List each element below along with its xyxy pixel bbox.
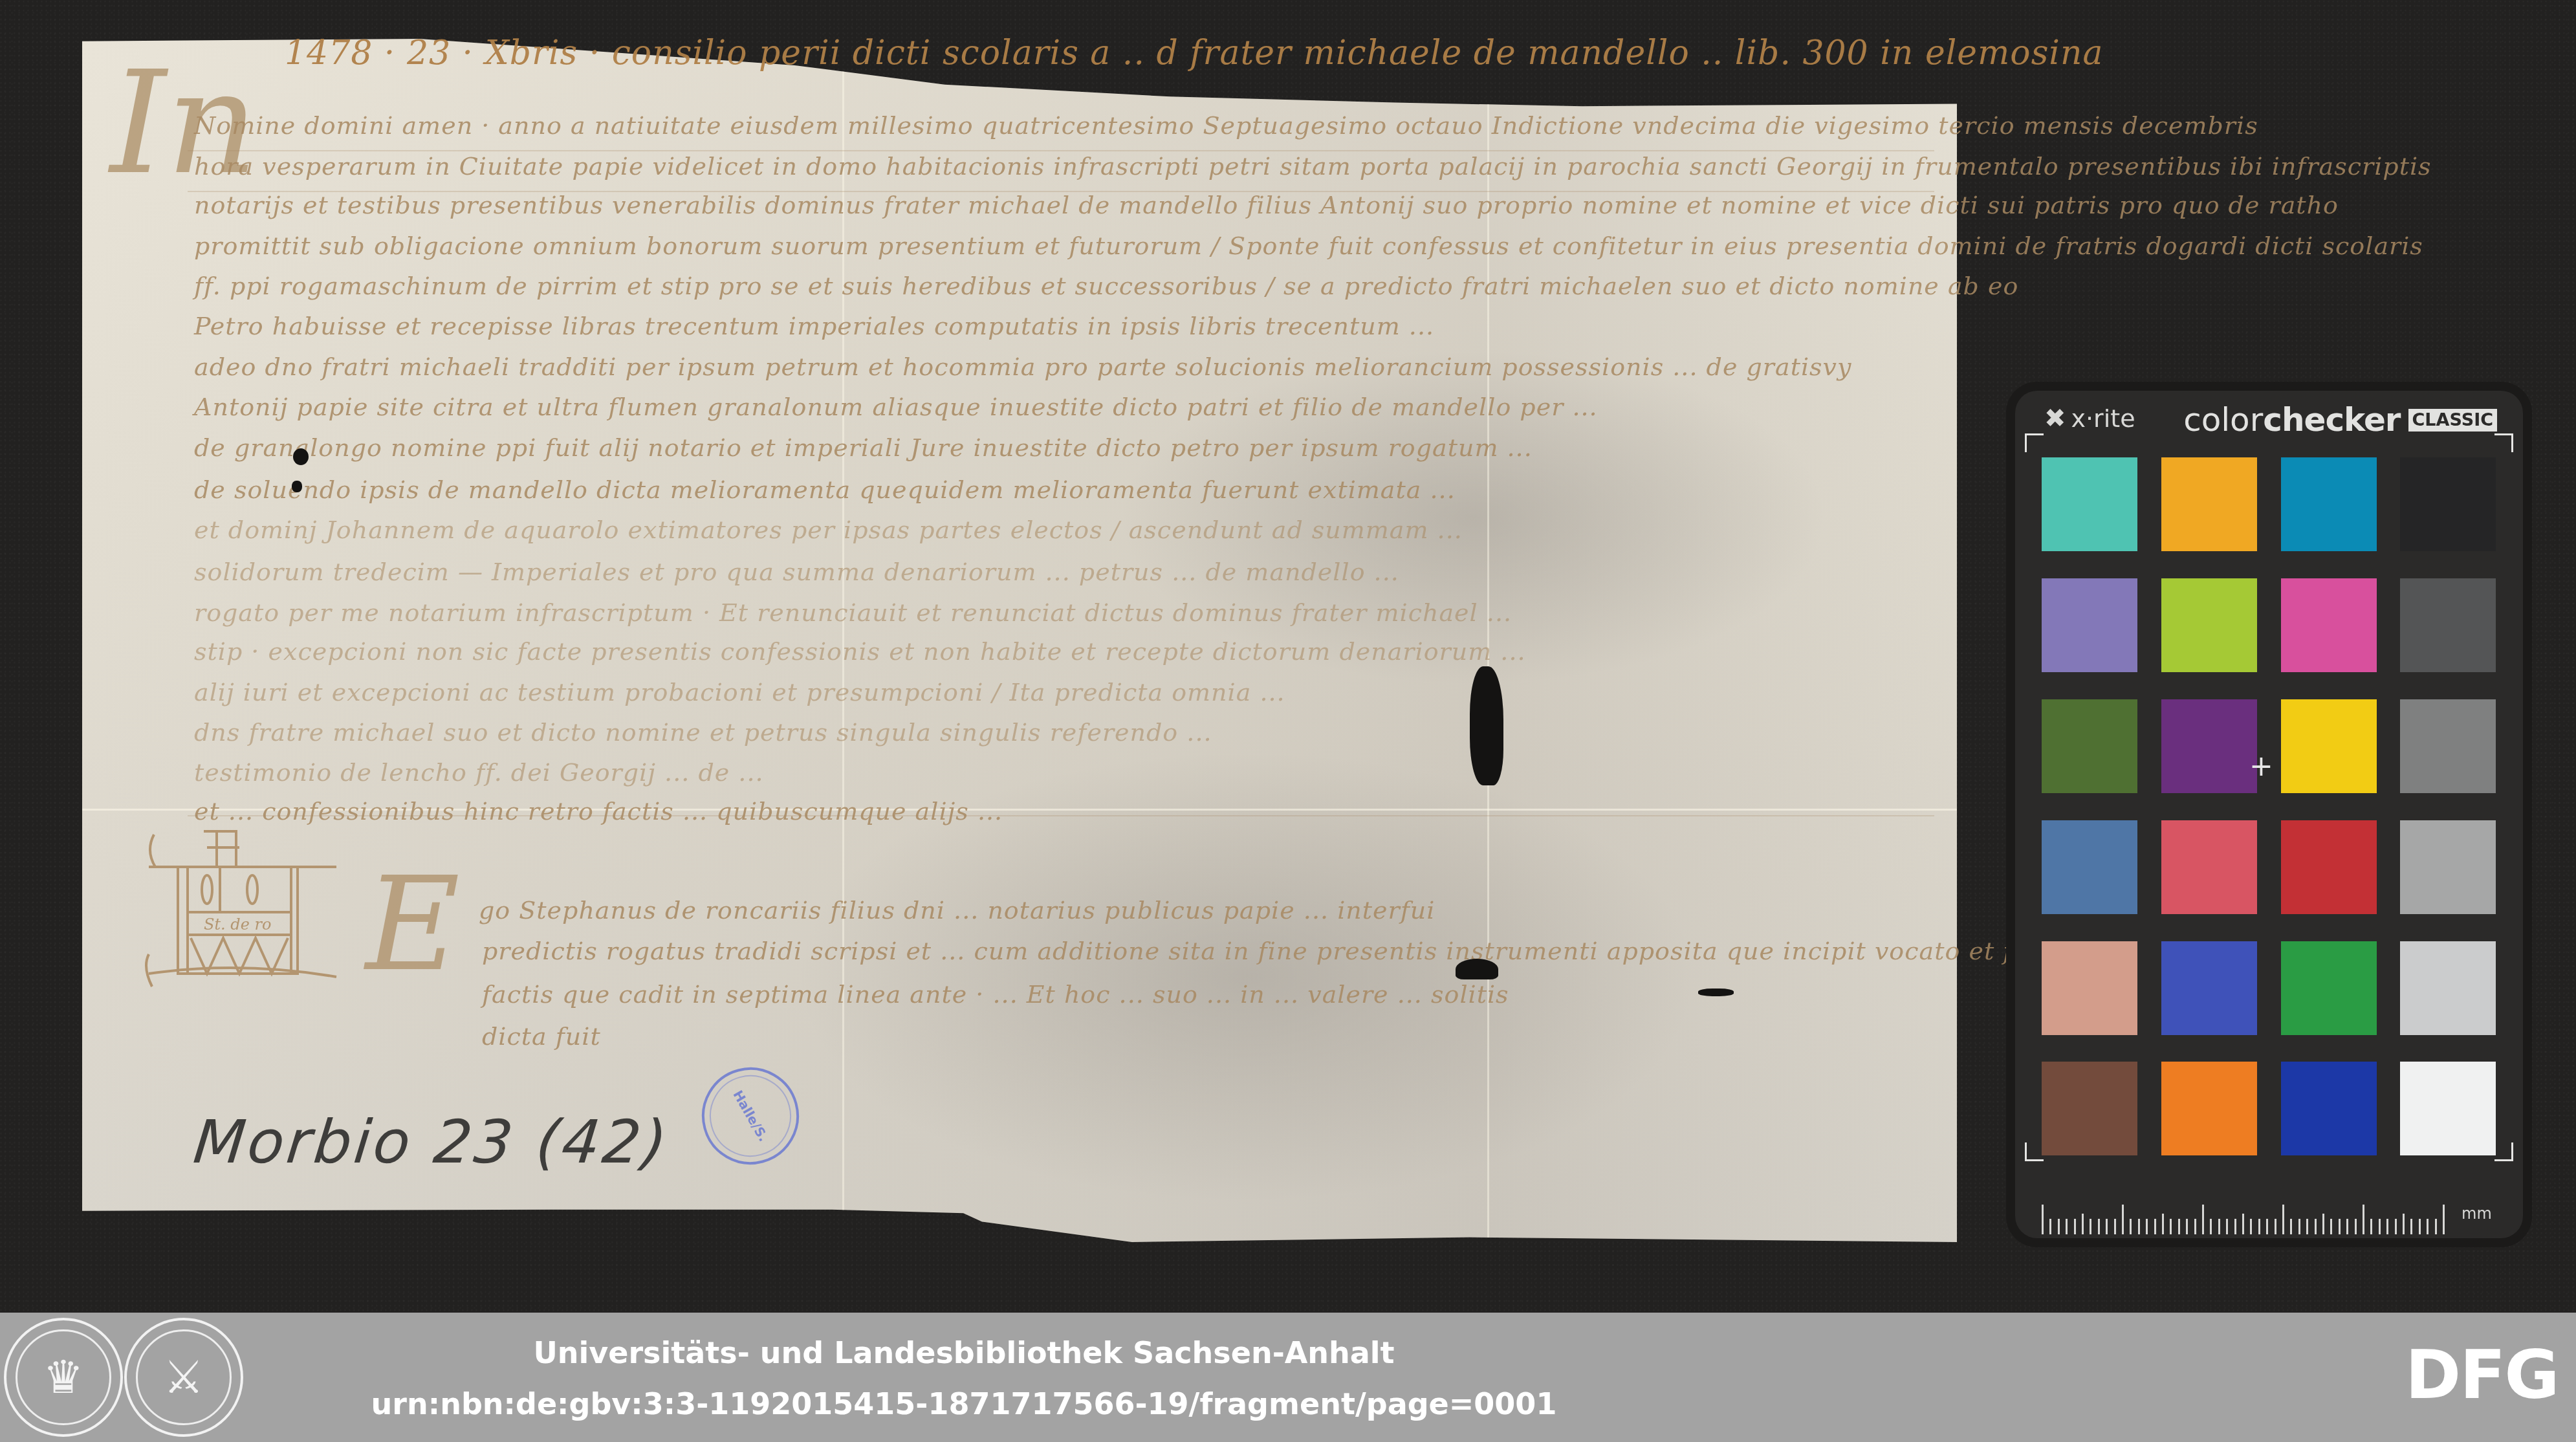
color-patch [2281, 457, 2377, 551]
dfg-logo: DFG [2405, 1341, 2559, 1408]
color-patch [2161, 457, 2257, 551]
ruler-tick [2146, 1219, 2148, 1234]
archival-date-note: 1478 · 23 · Xbris · consilio perii dicti… [285, 34, 2103, 72]
ruler-tick [2339, 1219, 2341, 1234]
text-line: rogato per me notarium infrascriptum · E… [194, 598, 1512, 627]
ruling-line [188, 150, 1934, 151]
corner-mark-icon [2025, 1142, 2044, 1161]
xrite-brand: ✖ x·rite [2044, 404, 2135, 433]
notarial-sign-icon: St. de ro [142, 822, 343, 996]
color-patch [2400, 941, 2496, 1035]
ruler-tick [2122, 1205, 2124, 1234]
text-line: ff. ppi rogamaschinum de pirrim et stip … [194, 272, 2018, 300]
ruler-tick [2306, 1219, 2308, 1234]
text-line: de granalongo nomine ppi fuit alij notar… [194, 433, 1533, 462]
notarial-sign-label: St. de ro [204, 915, 271, 934]
parchment-hole [292, 481, 302, 492]
text-line: Nomine domini amen · anno a natiuitate e… [194, 111, 2258, 140]
ruler-tick [2202, 1205, 2204, 1234]
institution-name: Universitäts- und Landesbibliothek Sachs… [0, 1335, 1928, 1370]
ruler-tick [2090, 1219, 2091, 1234]
color-patch [2161, 578, 2257, 672]
color-patch [2161, 941, 2257, 1035]
ruler-tick [2098, 1219, 2100, 1234]
ruler-tick [2210, 1219, 2212, 1234]
corner-mark-icon [2494, 1142, 2513, 1161]
ruler-tick [2370, 1219, 2372, 1234]
ruler-tick [2114, 1219, 2116, 1234]
ruler-tick [2186, 1219, 2188, 1234]
product-name-light: color [2183, 401, 2263, 439]
ruler-tick [2386, 1219, 2388, 1234]
parchment-hole [293, 448, 309, 465]
ruler-tick [2106, 1219, 2108, 1234]
ruler-tick [2290, 1219, 2292, 1234]
ruler-tick [2315, 1219, 2317, 1234]
subscription-line: predictis rogatus tradidi scripsi et ...… [482, 937, 2057, 965]
color-patch [2281, 941, 2377, 1035]
product-name-bold: checker [2263, 401, 2400, 439]
color-patch [2042, 1062, 2137, 1155]
color-patch [2400, 578, 2496, 672]
subscription-initial: E [366, 860, 460, 990]
parchment-hole [1456, 959, 1498, 979]
ruler-tick [2419, 1219, 2421, 1234]
pencil-shelfmark: Morbio 23 (42) [190, 1108, 672, 1177]
ruler-tick [2258, 1219, 2260, 1234]
ruler-tick [2443, 1205, 2445, 1234]
ruler-tick [2250, 1219, 2252, 1234]
ruler-tick [2130, 1219, 2132, 1234]
color-patch [2161, 699, 2257, 793]
ruler-tick [2226, 1219, 2228, 1234]
urn-identifier[interactable]: urn:nbn:de:gbv:3:3-1192015415-1871717566… [0, 1386, 1928, 1421]
color-patch [2042, 820, 2137, 914]
crosshair-icon: + [2249, 750, 2273, 783]
color-patch [2281, 820, 2377, 914]
color-checker-card: ✖ x·rite color checker CLASSIC + mm [2015, 391, 2523, 1238]
ruler-tick [2435, 1219, 2437, 1234]
mm-ruler [2042, 1203, 2469, 1234]
parchment-hole [1470, 666, 1503, 785]
color-patch [2161, 820, 2257, 914]
text-line: notarijs et testibus presentibus venerab… [194, 191, 2339, 219]
ruler-tick [2154, 1219, 2156, 1234]
ruler-tick [2346, 1219, 2348, 1234]
ruler-tick [2427, 1219, 2429, 1234]
ruler-tick [2298, 1219, 2300, 1234]
ruler-tick [2282, 1205, 2284, 1234]
ruler-tick [2170, 1219, 2172, 1234]
color-patch [2042, 941, 2137, 1035]
subscription-line: factis que cadit in septima linea ante ·… [482, 980, 1509, 1009]
text-line: hora vesperarum in Ciuitate papie videli… [194, 152, 2432, 180]
ruler-tick [2403, 1214, 2405, 1234]
text-line: testimonio de lencho ff. dei Georgij ...… [194, 758, 764, 787]
ruler-tick [2058, 1219, 2060, 1234]
ruler-tick [2410, 1219, 2412, 1234]
ruler-tick [2049, 1219, 2051, 1234]
classic-badge: CLASSIC [2408, 409, 2497, 432]
parchment-hole [1698, 989, 1734, 996]
ruler-tick [2275, 1219, 2276, 1234]
color-patch [2281, 699, 2377, 793]
ruler-tick [2218, 1219, 2220, 1234]
text-line: promittit sub obligacione omnium bonorum… [194, 232, 2423, 260]
text-line: alij iuri et excepcioni ac testium proba… [194, 678, 1285, 706]
subscription-line: go Stephanus de roncariis filius dni ...… [479, 896, 1435, 924]
library-footer-bar: ♛ ⚔ Universitäts- und Landesbibliothek S… [0, 1313, 2576, 1442]
color-patch [2281, 1062, 2377, 1155]
text-line: solidorum tredecim — Imperiales et pro q… [194, 558, 1399, 586]
text-line: adeo dno fratri michaeli tradditi per ip… [194, 353, 1852, 381]
ruler-tick [2042, 1205, 2044, 1234]
ruler-tick [2162, 1214, 2164, 1234]
text-line: Petro habuisse et recepisse libras trece… [194, 312, 1434, 340]
ruler-tick [2082, 1214, 2084, 1234]
text-line: de soluendo ipsis de mandello dicta meli… [194, 475, 1456, 504]
ruler-tick [2322, 1214, 2324, 1234]
text-line: dns fratre michael suo et dicto nomine e… [194, 718, 1212, 747]
ruler-unit-label: mm [2461, 1205, 2492, 1223]
ruler-tick [2266, 1219, 2268, 1234]
color-patch [2042, 457, 2137, 551]
ruler-tick [2074, 1219, 2076, 1234]
xrite-label: x·rite [2071, 404, 2135, 433]
text-line: Antonij papie site citra et ultra flumen… [194, 393, 1598, 421]
ruler-tick [2330, 1219, 2332, 1234]
corner-mark-icon [2494, 433, 2513, 452]
ruler-tick [2178, 1219, 2180, 1234]
ruler-tick [2379, 1219, 2381, 1234]
ruler-tick [2395, 1219, 2397, 1234]
corner-mark-icon [2025, 433, 2044, 452]
ruler-tick [2242, 1214, 2244, 1234]
ruler-tick [2355, 1219, 2357, 1234]
text-line: stip · excepcioni non sic facte presenti… [194, 637, 1526, 666]
ruler-tick [2138, 1219, 2140, 1234]
color-patch [2281, 578, 2377, 672]
color-patch [2400, 1062, 2496, 1155]
color-patch [2161, 1062, 2257, 1155]
product-name: color checker CLASSIC [2183, 401, 2497, 439]
ruler-tick [2066, 1219, 2068, 1234]
xrite-logo-icon: ✖ [2044, 404, 2066, 433]
ruler-tick [2194, 1219, 2196, 1234]
color-patch [2400, 457, 2496, 551]
color-patch [2400, 820, 2496, 914]
subscription-line: dicta fuit [482, 1022, 601, 1051]
ruler-tick [2234, 1219, 2236, 1234]
text-line: et dominj Johannem de aquarolo extimator… [194, 516, 1463, 544]
color-patch [2042, 699, 2137, 793]
color-patch [2400, 699, 2496, 793]
color-patch [2042, 578, 2137, 672]
ruler-tick [2363, 1205, 2364, 1234]
